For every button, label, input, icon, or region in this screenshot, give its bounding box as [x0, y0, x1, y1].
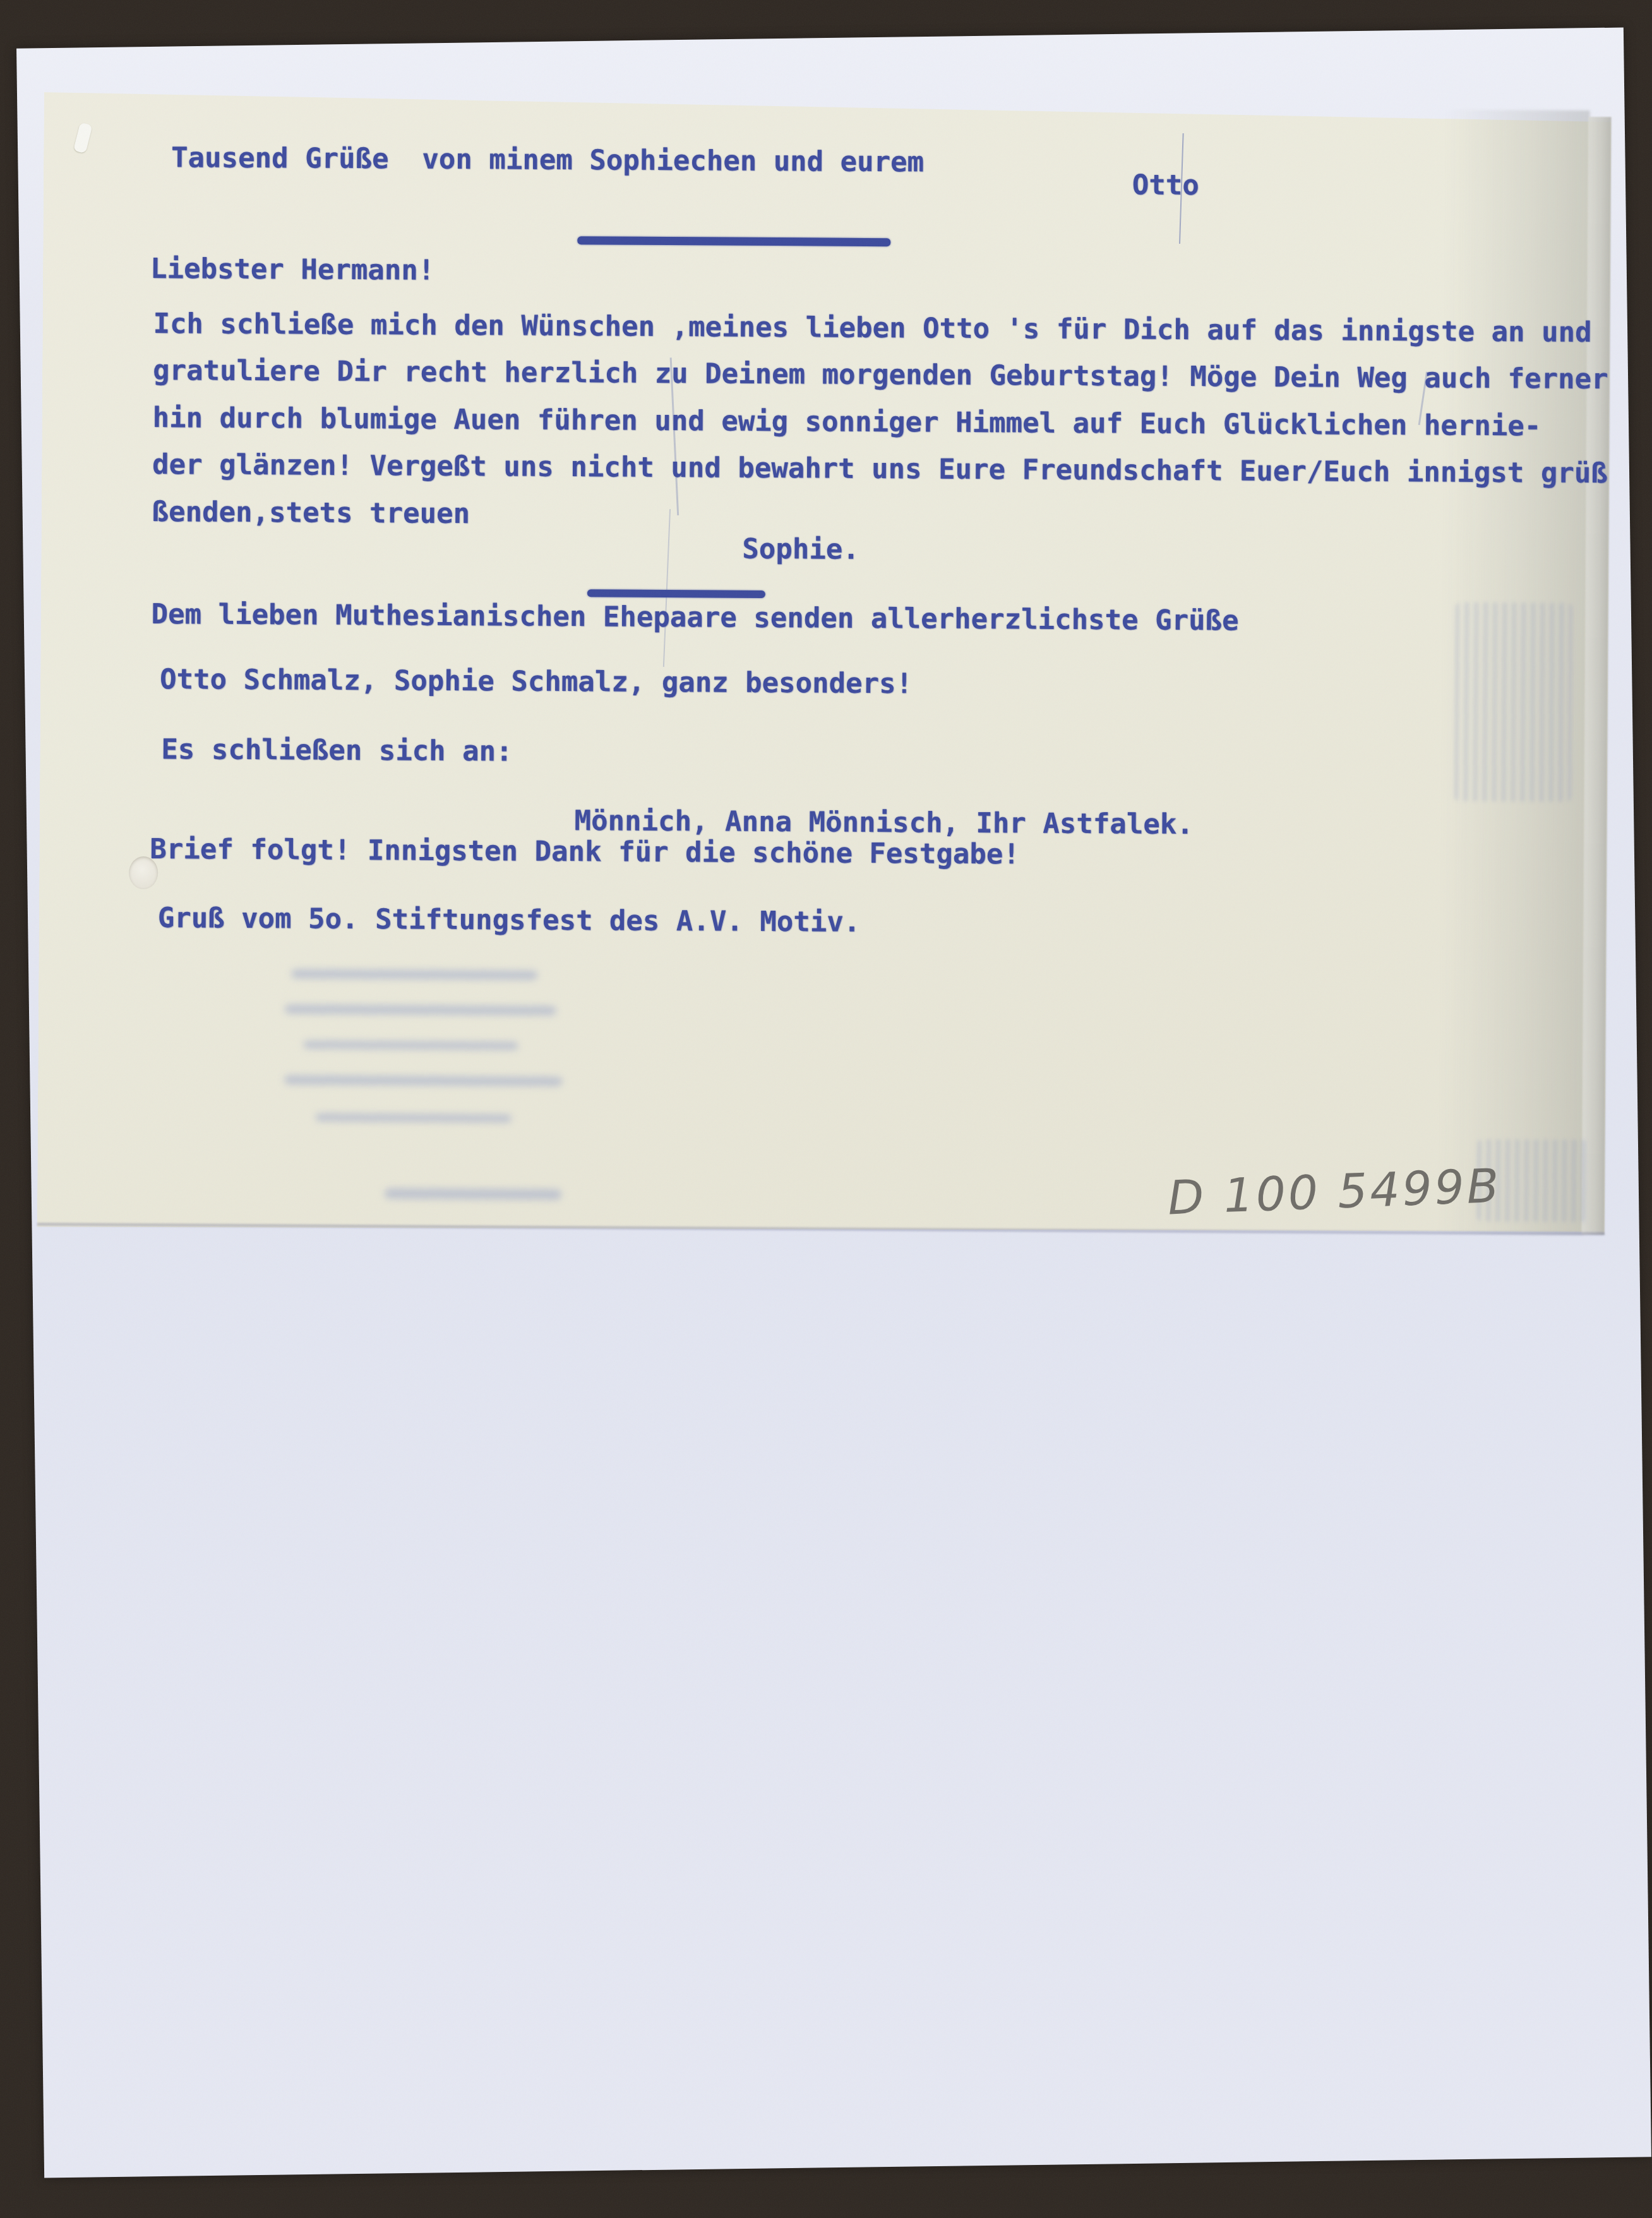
salutation-line: Liebster Hermann!	[150, 253, 435, 287]
ps-line: Dem lieben Muthesianischen Ehepaare send…	[152, 598, 1239, 637]
ghost-smudge	[385, 1188, 561, 1200]
underline-rule	[587, 589, 765, 598]
ps-line: Gruß vom 5o. Stiftungsfest des A.V. Moti…	[158, 902, 861, 939]
scan-background: Tausend Grüße von minem Sophiechen und e…	[0, 0, 1652, 2218]
ghost-smudge-vertical	[1454, 602, 1572, 802]
ps-line: Otto Schmalz, Sophie Schmalz, ganz beson…	[160, 663, 913, 700]
ghost-smudge	[303, 1041, 518, 1050]
ghost-smudge	[284, 1075, 562, 1086]
body-line: ßenden,stets treuen	[152, 496, 470, 531]
heading-line: Tausend Grüße von minem Sophiechen und e…	[171, 141, 924, 179]
archive-mark-handwritten: D 100 5499B	[1167, 1163, 1502, 1222]
ps-line: Brief folgt! Innigsten Dank für die schö…	[150, 833, 1020, 871]
ps-line: Es schließen sich an:	[161, 733, 513, 768]
heading-name: Otto	[1132, 169, 1199, 203]
letter-sheet: Tausend Grüße von minem Sophiechen und e…	[37, 63, 1612, 1240]
ghost-smudge	[316, 1113, 512, 1123]
ghost-smudge	[291, 969, 537, 980]
ghost-smudge	[285, 1004, 556, 1016]
signature-line: Sophie.	[742, 533, 859, 566]
